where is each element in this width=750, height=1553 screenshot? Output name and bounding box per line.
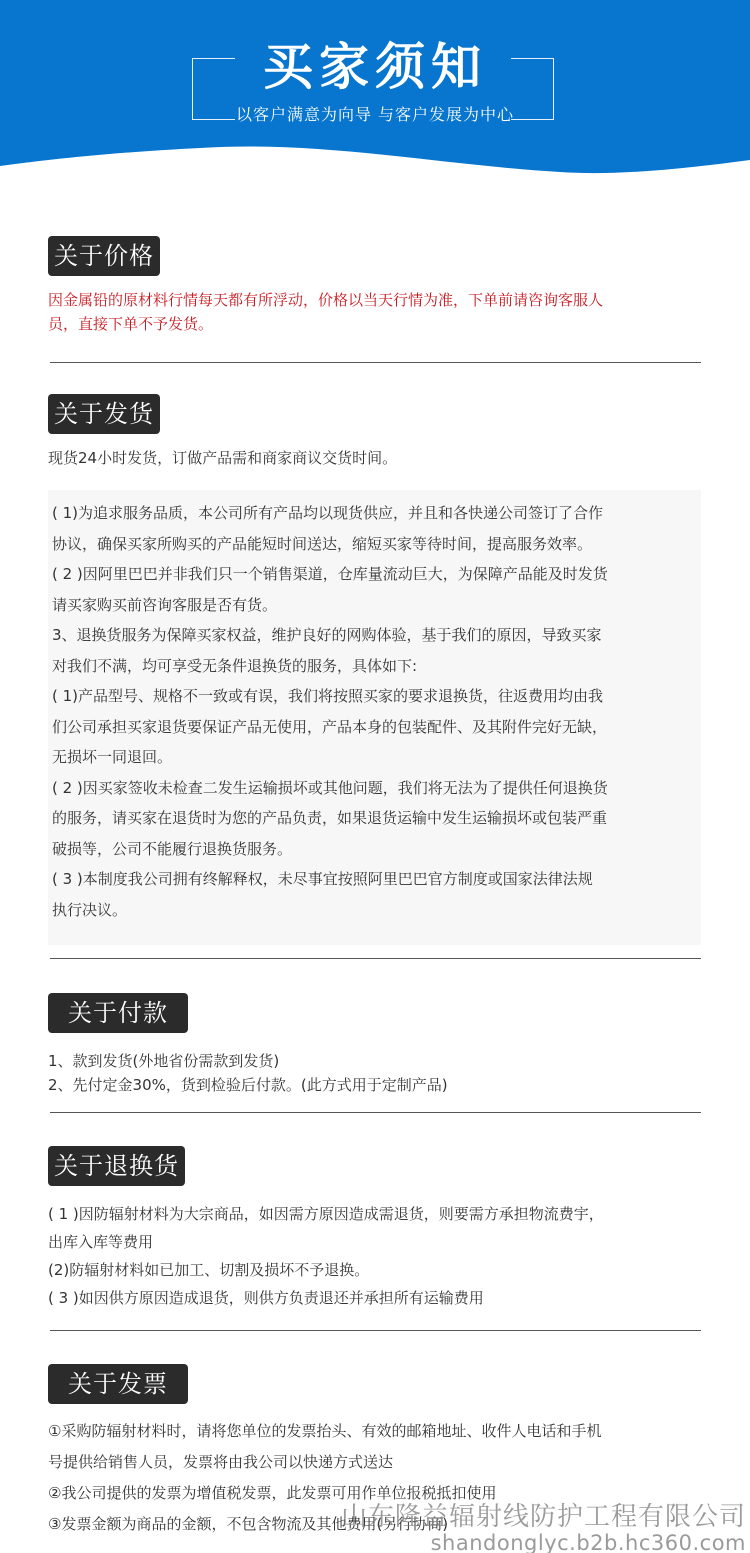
returns-line: 出库入库等费用 bbox=[48, 1228, 701, 1256]
shipping-line: 破损等，公司不能履行退换货服务。 bbox=[52, 834, 697, 865]
shipping-line: 对我们不满，均可享受无条件退换货的服务，具体如下: bbox=[52, 651, 697, 682]
watermark: 山东隆益辐射线防护工程有限公司 shandonglyc.b2b.hc360.co… bbox=[341, 1502, 746, 1553]
returns-line: ( 3 )如因供方原因造成退货，则供方负责退还并承担所有运输费用 bbox=[48, 1284, 701, 1312]
section-heading-invoice: 关于发票 bbox=[48, 1364, 188, 1404]
payment-list: 1、款到发货(外地省份需款到发货) 2、先付定金30%，货到检验后付款。(此方式… bbox=[48, 1049, 701, 1097]
invoice-line: 号提供给销售人员，发票将由我公司以快递方式送达 bbox=[48, 1447, 701, 1478]
divider bbox=[50, 362, 701, 363]
shipping-line: ( 1)产品型号、规格不一致或有误，我们将按照买家的要求退换货，往返费用均由我 bbox=[52, 681, 697, 712]
shipping-details-box: ( 1)为追求服务品质，本公司所有产品均以现货供应，并且和各快递公司签订了合作 … bbox=[48, 490, 701, 945]
shipping-line: 的服务，请买家在退货时为您的产品负责，如果退货运输中发生运输损坏或包装严重 bbox=[52, 803, 697, 834]
shipping-line: 们公司承担买家退货要保证产品无使用，产品本身的包装配件、及其附件完好无缺， bbox=[52, 712, 697, 743]
section-shipping: 关于发货 现货24小时发货，订做产品需和商家商议交货时间。 ( 1)为追求服务品… bbox=[48, 394, 701, 945]
section-returns: 关于退换货 ( 1 )因防辐射材料为大宗商品，如因需方原因造成需退货，则要需方承… bbox=[48, 1146, 701, 1312]
price-notice: 因金属铅的原材料行情每天都有所浮动，价格以当天行情为准，下单前请咨询客服人 员，… bbox=[48, 288, 701, 336]
section-payment: 关于付款 1、款到发货(外地省份需款到发货) 2、先付定金30%，货到检验后付款… bbox=[48, 993, 701, 1097]
watermark-url: shandonglyc.b2b.hc360.com bbox=[341, 1532, 746, 1553]
page-title: 买家须知 bbox=[0, 34, 750, 100]
divider bbox=[50, 958, 701, 959]
returns-line: ( 1 )因防辐射材料为大宗商品，如因需方原因造成需退货，则要需方承担物流费宇， bbox=[48, 1200, 701, 1228]
shipping-line: 协议，确保买家所购买的产品能短时间送达，缩短买家等待时间，提高服务效率。 bbox=[52, 529, 697, 560]
section-heading-returns: 关于退换货 bbox=[48, 1146, 185, 1186]
shipping-line: ( 3 )本制度我公司拥有终解释权，未尽事宜按照阿里巴巴官方制度或国家法律法规 bbox=[52, 864, 697, 895]
divider bbox=[50, 1112, 701, 1113]
price-line: 员，直接下单不予发货。 bbox=[48, 312, 701, 336]
section-heading-shipping: 关于发货 bbox=[48, 394, 160, 434]
section-heading-price: 关于价格 bbox=[48, 236, 160, 276]
watermark-company: 山东隆益辐射线防护工程有限公司 bbox=[341, 1502, 746, 1532]
section-heading-payment: 关于付款 bbox=[48, 993, 188, 1033]
shipping-line: ( 2 )因买家签收未检查二发生运输损坏或其他问题，我们将无法为了提供任何退换货 bbox=[52, 773, 697, 804]
price-line: 因金属铅的原材料行情每天都有所浮动，价格以当天行情为准，下单前请咨询客服人 bbox=[48, 288, 701, 312]
payment-line: 2、先付定金30%，货到检验后付款。(此方式用于定制产品) bbox=[48, 1073, 701, 1097]
shipping-intro: 现货24小时发货，订做产品需和商家商议交货时间。 bbox=[48, 446, 701, 470]
section-price: 关于价格 因金属铅的原材料行情每天都有所浮动，价格以当天行情为准，下单前请咨询客… bbox=[48, 236, 701, 336]
shipping-line: ( 2 )因阿里巴巴并非我们只一个销售渠道，仓库量流动巨大，为保障产品能及时发货 bbox=[52, 559, 697, 590]
header-banner: 买家须知 以客户满意为向导 与客户发展为中心 bbox=[0, 0, 750, 180]
returns-list: ( 1 )因防辐射材料为大宗商品，如因需方原因造成需退货，则要需方承担物流费宇，… bbox=[48, 1200, 701, 1312]
page-subtitle: 以客户满意为向导 与客户发展为中心 bbox=[0, 104, 750, 126]
invoice-line: ①采购防辐射材料时，请将您单位的发票抬头、有效的邮箱地址、收件人电话和手机 bbox=[48, 1416, 701, 1447]
shipping-line: 请买家购买前咨询客服是否有货。 bbox=[52, 590, 697, 621]
returns-line: (2)防辐射材料如已加工、切割及损坏不予退换。 bbox=[48, 1256, 701, 1284]
shipping-line: 执行决议。 bbox=[52, 895, 697, 926]
shipping-line: 无损坏一同退回。 bbox=[52, 742, 697, 773]
payment-line: 1、款到发货(外地省份需款到发货) bbox=[48, 1049, 701, 1073]
shipping-line: 3、退换货服务为保障买家权益，维护良好的网购体验，基于我们的原因，导致买家 bbox=[52, 620, 697, 651]
divider bbox=[50, 1330, 701, 1331]
shipping-line: ( 1)为追求服务品质，本公司所有产品均以现货供应，并且和各快递公司签订了合作 bbox=[52, 498, 697, 529]
